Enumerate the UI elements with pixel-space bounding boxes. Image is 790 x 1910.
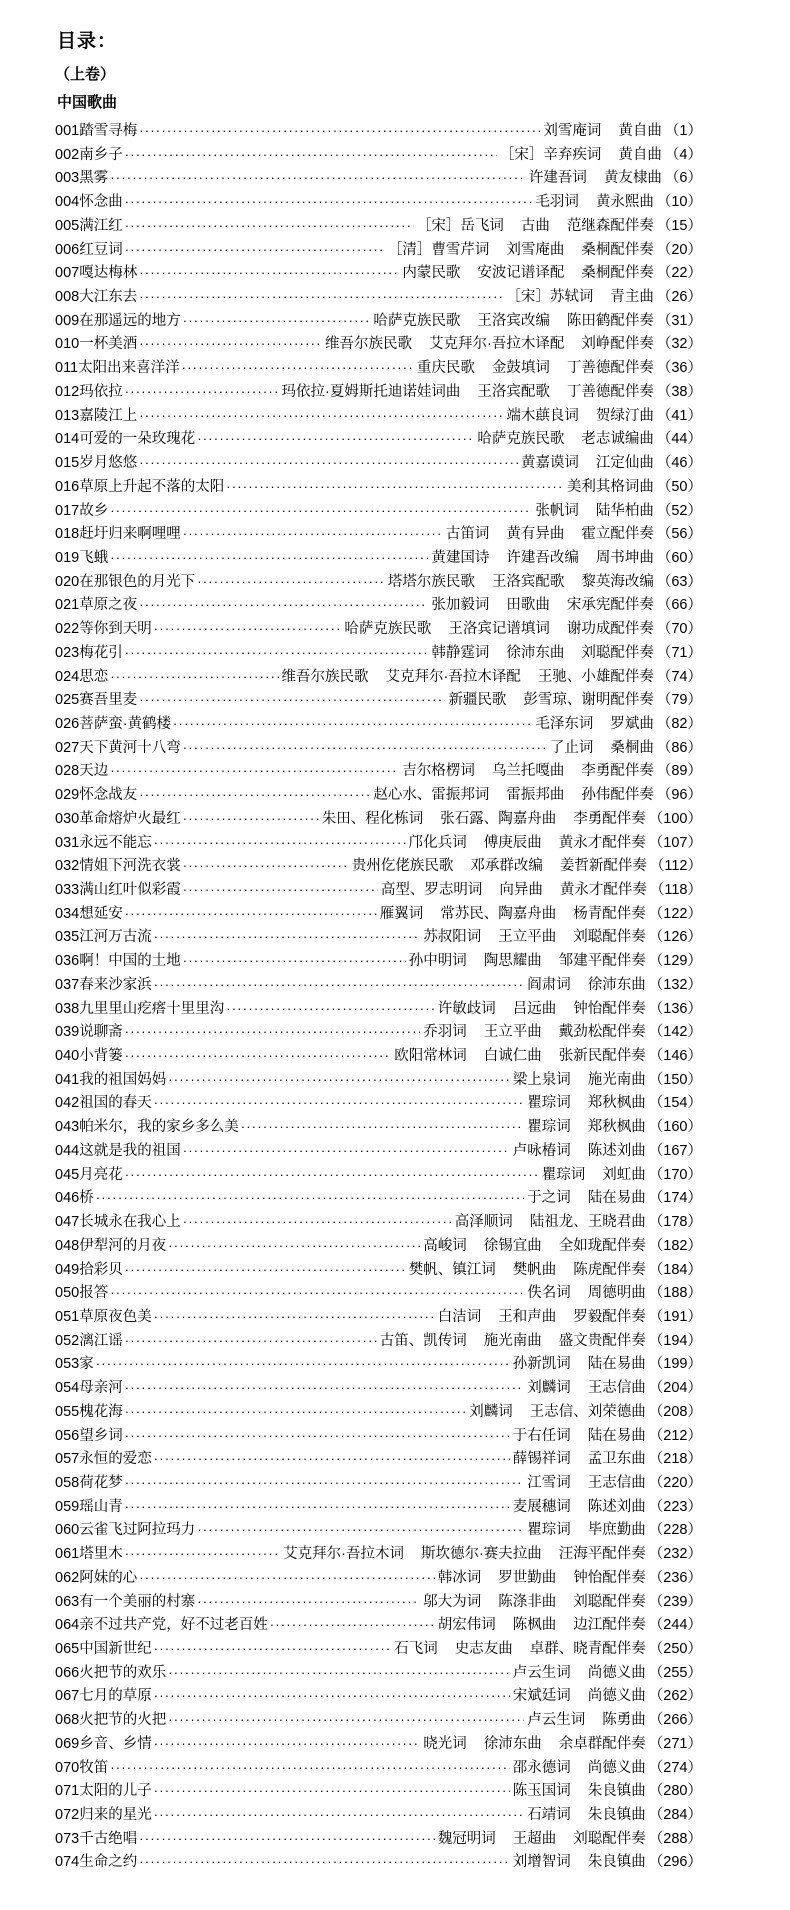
credit-text: 周书坤曲 (596, 550, 654, 566)
toc-entry-row: 032情姐下河洗衣裳 ·····························… (55, 854, 702, 878)
entry-number-title: 022等你到天明 (55, 618, 152, 642)
dot-leader: ········································… (182, 356, 414, 380)
credit-text: 于之词 (527, 1190, 571, 1206)
entry-number-title: 071太阳的儿子 (55, 1780, 152, 1804)
entry-title: 伊犁河的月夜 (79, 1238, 166, 1254)
entry-title: 革命熔炉火最红 (79, 811, 181, 827)
entry-number: 051 (55, 1309, 79, 1325)
credit-text: 孙新凯词 (513, 1356, 571, 1372)
dot-leader: ········································… (154, 831, 406, 855)
entry-credits: 张加毅词田歌曲宋承宪配伴奏 (431, 594, 654, 618)
credit-text: 乌兰托嘎曲 (492, 763, 565, 779)
entry-page: （150） (649, 1069, 702, 1093)
credit-text: 陆在易曲 (588, 1356, 646, 1372)
toc-entry-row: 040小背篓 ·································… (55, 1044, 702, 1068)
entry-page: （255） (649, 1662, 702, 1686)
dot-leader: ········································… (197, 570, 385, 594)
credit-text: 毕庶勤曲 (588, 1522, 646, 1538)
entry-title: 满山红叶似彩霞 (79, 882, 181, 898)
page-title: 目录： (57, 26, 702, 53)
entry-credits: 卢咏椿词陈述刘曲 (513, 1140, 646, 1164)
toc-entry-row: 010一杯美酒 ································… (55, 332, 702, 356)
entry-number: 011 (55, 360, 78, 376)
entry-number-title: 019飞蛾 (55, 547, 108, 571)
dot-leader: ········································… (226, 475, 564, 499)
volume-label: （上卷） (55, 63, 702, 84)
entry-number-title: 013嘉陵江上 (55, 405, 137, 429)
credit-text: 瞿琮词 (527, 1095, 571, 1111)
credit-text: 古笛词 (446, 526, 490, 542)
dot-leader: ········································… (110, 665, 278, 689)
dot-leader: ········································… (197, 427, 474, 451)
credit-text: 韩冰词 (438, 1570, 482, 1586)
entry-title: 拾彩贝 (79, 1262, 123, 1278)
toc-entry-row: 019飞蛾 ··································… (55, 546, 702, 570)
credit-text: 张加毅词 (431, 597, 489, 613)
credit-text: 丁善德配伴奏 (567, 360, 654, 376)
credit-text: 卢云生词 (527, 1712, 585, 1728)
credit-text: 桑桐配伴奏 (581, 242, 654, 258)
credit-text: 边江配伴奏 (573, 1617, 646, 1633)
entry-page: （178） (649, 1211, 702, 1235)
entry-number: 055 (55, 1404, 79, 1420)
entry-page: （212） (649, 1425, 702, 1449)
toc-entry-row: 038九里里山疙瘩十里里沟 ··························… (55, 997, 702, 1021)
credit-text: 白洁词 (438, 1309, 482, 1325)
entry-number-title: 041我的祖国妈妈 (55, 1069, 166, 1093)
entry-title: 思恋 (79, 669, 108, 685)
entry-credits: 塔塔尔族民歌王洛宾配歌黎英海改编 (388, 571, 654, 595)
entry-page: （220） (649, 1472, 702, 1496)
entry-number-title: 049拾彩贝 (55, 1259, 123, 1283)
entry-number-title: 056望乡词 (55, 1425, 123, 1449)
entry-title: 九里里山疙瘩十里里沟 (79, 1001, 224, 1017)
entry-number: 062 (55, 1570, 79, 1586)
credit-text: 维吾尔族民歌 (325, 336, 412, 352)
entry-credits: 许建吾词黄友棣曲 (529, 167, 662, 191)
entry-title: 祖国的春天 (79, 1095, 152, 1111)
entry-number-title: 046桥 (55, 1187, 94, 1211)
dot-leader: ········································… (139, 261, 399, 285)
toc-entry-row: 036啊！中国的土地 ·····························… (55, 949, 702, 973)
entry-page: （182） (649, 1235, 702, 1259)
entry-number: 066 (55, 1665, 79, 1681)
entry-credits: 瞿琮词郑秋枫曲 (527, 1092, 646, 1116)
credit-text: 刘麟词 (469, 1404, 513, 1420)
entry-number-title: 033满山红叶似彩霞 (55, 879, 181, 903)
credit-text: 孙中明词 (409, 953, 467, 969)
entry-number-title: 012玛依拉 (55, 381, 123, 405)
credit-text: 尚德义曲 (588, 1688, 646, 1704)
credit-text: 陈涤非曲 (498, 1594, 556, 1610)
dot-leader: ········································… (125, 214, 414, 238)
entry-title: 在那遥远的地方 (79, 313, 181, 329)
entry-credits: 乔羽词王立平曲戴劲松配伴奏 (423, 1021, 646, 1045)
entry-title: 啊！中国的土地 (79, 953, 181, 969)
entry-number: 012 (55, 384, 79, 400)
entry-title: 瑶山青 (79, 1499, 123, 1515)
entry-number-title: 042祖国的春天 (55, 1092, 152, 1116)
entry-page: （266） (649, 1709, 702, 1733)
credit-text: 傅庚辰曲 (484, 835, 542, 851)
entry-page: （41） (657, 405, 702, 429)
entry-page: （86） (657, 737, 702, 761)
entry-number-title: 059瑶山青 (55, 1496, 123, 1520)
entry-number: 070 (55, 1760, 79, 1776)
credit-text: 阎肃词 (527, 977, 571, 993)
toc-entry-row: 068火把节的火把 ······························… (55, 1708, 702, 1732)
credit-text: 韩静霆词 (431, 645, 489, 661)
toc-entry-row: 002南乡子 ·································… (55, 143, 702, 167)
entry-credits: 许敏歧词吕远曲钟怡配伴奏 (438, 998, 646, 1022)
entry-page: （46） (657, 452, 702, 476)
entry-credits: 石靖词朱良镇曲 (527, 1804, 646, 1828)
credit-text: 罗毅配伴奏 (573, 1309, 646, 1325)
dot-leader: ········································… (139, 1566, 435, 1590)
toc-entry-row: 073千古绝唱 ································… (55, 1827, 702, 1851)
toc-entry-row: 007嘎达梅林 ································… (55, 261, 702, 285)
dot-leader: ········································… (125, 1424, 510, 1448)
entry-page: （100） (649, 808, 702, 832)
entry-number-title: 014可爱的一朵玫瑰花 (55, 428, 195, 452)
entry-title: 红豆词 (79, 242, 123, 258)
credit-text: 吉尔格楞词 (402, 763, 475, 779)
entry-credits: 瞿琮词郑秋枫曲 (527, 1116, 646, 1140)
entry-credits: 苏叔阳词王立平曲刘聪配伴奏 (423, 926, 646, 950)
entry-number-title: 010一杯美酒 (55, 333, 137, 357)
credit-text: 许建吾词 (529, 170, 587, 186)
entry-credits: 维吾尔族民歌艾克拜尔·吾拉木译配刘峥配伴奏 (325, 333, 654, 357)
toc-entry-row: 011太阳出来喜洋洋 ·····························… (55, 356, 702, 380)
credit-text: 陈述刘曲 (588, 1499, 646, 1515)
entry-title: 想延安 (79, 906, 123, 922)
credit-text: 黄自曲 (618, 123, 662, 139)
entry-number: 052 (55, 1333, 79, 1349)
entry-credits: 毛羽词黄永熙曲 (535, 191, 654, 215)
entry-number: 036 (55, 953, 79, 969)
entry-page: （70） (657, 618, 702, 642)
entry-title: 大江东去 (79, 289, 137, 305)
dot-leader: ········································… (183, 949, 406, 973)
entry-credits: 端木蕻良词贺绿汀曲 (506, 405, 654, 429)
entry-credits: 古笛词黄有异曲霍立配伴奏 (446, 523, 654, 547)
entry-number: 034 (55, 906, 79, 922)
credit-text: 梁上泉词 (513, 1072, 571, 1088)
entry-number-title: 021草原之夜 (55, 594, 137, 618)
entry-title: 可爱的一朵玫瑰花 (79, 431, 195, 447)
credit-text: 丁善德配伴奏 (567, 384, 654, 400)
entry-title: 情姐下河洗衣裳 (79, 858, 181, 874)
entry-credits: 刘雪庵词黄自曲 (543, 120, 662, 144)
entry-credits: 卢云生词陈勇曲 (527, 1709, 646, 1733)
entry-page: （236） (649, 1567, 702, 1591)
entry-number-title: 073千古绝唱 (55, 1828, 137, 1852)
entry-title: 永远不能忘 (79, 835, 152, 851)
credit-text: 雷振邦曲 (506, 787, 564, 803)
credit-text: 金鼓填词 (492, 360, 550, 376)
credit-text: 赵心水、雷振邦词 (373, 787, 489, 803)
entry-title: 太阳出来喜洋洋 (78, 360, 180, 376)
dot-leader: ········································… (125, 143, 497, 167)
toc-entry-row: 012玛依拉 ·································… (55, 380, 702, 404)
entry-title: 七月的草原 (79, 1688, 152, 1704)
credit-text: 徐沛东曲 (506, 645, 564, 661)
entry-page: （38） (657, 381, 702, 405)
entry-title: 满江红 (79, 218, 123, 234)
entry-number: 035 (55, 929, 79, 945)
dot-leader: ········································… (183, 522, 443, 546)
toc-entry-row: 004怀念曲 ·································… (55, 190, 702, 214)
credit-text: 陈玉国词 (513, 1783, 571, 1799)
entry-number-title: 064亲不过共产党，好不过老百姓 (55, 1614, 268, 1638)
toc-entry-row: 001踏雪寻梅 ································… (55, 119, 702, 143)
credit-text: 石靖词 (527, 1807, 571, 1823)
credit-text: 新疆民歌 (448, 692, 506, 708)
dot-leader: ········································… (183, 807, 319, 831)
toc-entry-row: 066火把节的欢乐 ······························… (55, 1661, 702, 1685)
entry-number: 028 (55, 763, 79, 779)
credit-text: 邬大为词 (423, 1594, 481, 1610)
entry-credits: 麦展穗词陈述刘曲 (513, 1496, 646, 1520)
entry-number-title: 015岁月悠悠 (55, 452, 137, 476)
credit-text: 朱良镇曲 (588, 1854, 646, 1870)
entry-number: 040 (55, 1048, 79, 1064)
entry-number-title: 020在那银色的月光下 (55, 571, 195, 595)
entry-credits: 雁翼词常苏民、陶嘉舟曲杨青配伴奏 (380, 903, 646, 927)
dot-leader: ········································… (154, 1637, 392, 1661)
entry-page: （107） (649, 832, 702, 856)
credit-text: 刘雪庵曲 (506, 242, 564, 258)
entry-number-title: 031永远不能忘 (55, 832, 152, 856)
credit-text: 哈萨克族民歌 (344, 621, 431, 637)
entry-number: 023 (55, 645, 79, 661)
entry-credits: 白洁词王和声曲罗毅配伴奏 (438, 1306, 646, 1330)
credit-text: 周德明曲 (588, 1285, 646, 1301)
credit-text: 朱田、程化栋词 (322, 811, 424, 827)
entry-number-title: 024思恋 (55, 666, 108, 690)
entry-page: （204） (649, 1377, 702, 1401)
toc-entry-row: 067七月的草原 ·······························… (55, 1684, 702, 1708)
credit-text: 古笛、凯传词 (380, 1333, 467, 1349)
entry-number-title: 001踏雪寻梅 (55, 120, 137, 144)
toc-entry-row: 063有一个美丽的村寨 ····························… (55, 1590, 702, 1614)
entry-number-title: 030革命熔炉火最红 (55, 808, 181, 832)
entry-credits: ［宋］岳飞词古曲范继森配伴奏 (417, 215, 654, 239)
toc-entry-row: 016草原上升起不落的太阳 ··························… (55, 475, 702, 499)
entry-credits: 瞿琮词毕庶勤曲 (527, 1519, 646, 1543)
entry-number: 067 (55, 1688, 79, 1704)
entry-page: （126） (649, 926, 702, 950)
entry-number-title: 039说聊斋 (55, 1021, 123, 1045)
credit-text: 陈田鹤配伴奏 (567, 313, 654, 329)
credit-text: 朱良镇曲 (588, 1807, 646, 1823)
toc-entry-row: 046桥 ···································… (55, 1186, 702, 1210)
entry-credits: 哈萨克族民歌老志诚编曲 (477, 428, 654, 452)
entry-title: 桥 (79, 1190, 94, 1206)
entry-title: 归来的星光 (79, 1807, 152, 1823)
entry-credits: 晓光词徐沛东曲余卓群配伴奏 (423, 1733, 646, 1757)
dot-leader: ········································… (110, 546, 428, 570)
entry-number-title: 032情姐下河洗衣裳 (55, 855, 181, 879)
credit-text: 黄建国诗 (431, 550, 489, 566)
toc-page: 目录： （上卷） 中国歌曲 001踏雪寻梅 ··················… (0, 0, 790, 1910)
entry-credits: 刘增智词朱良镇曲 (513, 1851, 646, 1875)
entry-title: 云雀飞过阿拉玛力 (79, 1522, 195, 1538)
credit-text: 王志信曲 (588, 1380, 646, 1396)
dot-leader: ········································… (183, 1139, 510, 1163)
entry-credits: 于之词陆在易曲 (527, 1187, 646, 1211)
entry-page: （31） (657, 310, 702, 334)
credit-text: 孙伟配伴奏 (581, 787, 654, 803)
toc-entry-row: 048伊犁河的月夜 ······························… (55, 1234, 702, 1258)
entry-page: （71） (657, 642, 702, 666)
dot-leader: ········································… (96, 1352, 510, 1376)
entry-page: （218） (649, 1448, 702, 1472)
entry-number-title: 061塔里木 (55, 1543, 123, 1567)
credit-text: 贵州仡佬族民歌 (352, 858, 454, 874)
toc-entry-row: 042祖国的春天 ·······························… (55, 1091, 702, 1115)
dot-leader: ········································… (110, 499, 532, 523)
entry-number-title: 062阿妹的心 (55, 1567, 137, 1591)
dot-leader: ········································… (139, 1850, 510, 1874)
credit-text: 郑秋枫曲 (588, 1095, 646, 1111)
toc-entry-row: 009在那遥远的地方 ·····························… (55, 309, 702, 333)
entry-title: 等你到天明 (79, 621, 152, 637)
toc-entry-row: 061塔里木 ·································… (55, 1542, 702, 1566)
credit-text: 王和声曲 (498, 1309, 556, 1325)
entry-number-title: 055槐花海 (55, 1401, 123, 1425)
entry-number: 038 (55, 1001, 79, 1017)
dot-leader: ········································… (154, 1803, 525, 1827)
entry-title: 亲不过共产党，好不过老百姓 (79, 1617, 268, 1633)
dot-leader: ········································… (183, 1210, 452, 1234)
entry-number: 009 (55, 313, 79, 329)
dot-leader: ········································… (139, 285, 503, 309)
entry-number-title: 016草原上升起不落的太阳 (55, 476, 224, 500)
entry-page: （50） (657, 476, 702, 500)
credit-text: 陆华柏曲 (596, 503, 654, 519)
entry-number: 046 (55, 1190, 79, 1206)
entry-page: （167） (649, 1140, 702, 1164)
entry-number: 020 (55, 574, 79, 590)
entry-credits: 胡宏伟词陈枫曲边江配伴奏 (438, 1614, 646, 1638)
credit-text: 瞿琮词 (527, 1119, 571, 1135)
entry-number-title: 006红豆词 (55, 239, 123, 263)
entry-title: 这就是我的祖国 (79, 1143, 181, 1159)
credit-text: 石飞词 (394, 1641, 438, 1657)
entry-number-title: 054母亲河 (55, 1377, 123, 1401)
toc-entry-row: 054母亲河 ·································… (55, 1376, 702, 1400)
credit-text: 玛依拉·夏姆斯托迪诺娃词曲 (282, 384, 461, 400)
entry-number: 029 (55, 787, 79, 803)
entry-title: 小背篓 (79, 1048, 123, 1064)
credit-text: 青主曲 (610, 289, 654, 305)
credit-text: 施光南曲 (588, 1072, 646, 1088)
entry-number: 064 (55, 1617, 79, 1633)
entry-credits: 刘麟词王志信、刘荣德曲 (469, 1401, 646, 1425)
dot-leader: ········································… (197, 1590, 420, 1614)
entry-number: 021 (55, 597, 79, 613)
credit-text: 张帆词 (535, 503, 579, 519)
entry-credits: 贵州仡佬族民歌邓承群改编姜哲新配伴奏 (352, 855, 647, 879)
dot-leader: ········································… (183, 309, 371, 333)
entry-number: 065 (55, 1641, 79, 1657)
entry-number: 016 (55, 479, 79, 495)
credit-text: 杨青配伴奏 (573, 906, 646, 922)
dot-leader: ········································… (154, 1732, 421, 1756)
entry-page: （232） (649, 1543, 702, 1567)
entry-number: 061 (55, 1546, 79, 1562)
entry-page: （160） (649, 1116, 702, 1140)
credit-text: 贺绿汀曲 (596, 408, 654, 424)
toc-entry-row: 070牧笛 ··································… (55, 1756, 702, 1780)
toc-entry-row: 065中国新世纪 ·······························… (55, 1637, 702, 1661)
credit-text: 姜哲新配伴奏 (560, 858, 647, 874)
credit-text: 常苏民、陶嘉舟曲 (440, 906, 556, 922)
toc-entry-row: 008大江东去 ································… (55, 285, 702, 309)
dot-leader: ········································… (154, 1305, 435, 1329)
credit-text: 刘雪庵词 (543, 123, 601, 139)
entry-credits: 韩静霆词徐沛东曲刘聪配伴奏 (431, 642, 654, 666)
entry-number-title: 026菩萨蛮·黄鹤楼 (55, 713, 171, 737)
credit-text: 毛羽词 (535, 194, 579, 210)
credit-text: 谢功成配伴奏 (567, 621, 654, 637)
credit-text: 徐锡宜曲 (484, 1238, 542, 1254)
entry-title: 有一个美丽的村寨 (79, 1594, 195, 1610)
toc-entry-row: 072归来的星光 ·······························… (55, 1803, 702, 1827)
dot-leader: ········································… (125, 1163, 539, 1187)
credit-text: 樊帆曲 (513, 1262, 557, 1278)
entry-title: 牧笛 (79, 1760, 108, 1776)
dot-leader: ········································… (125, 238, 385, 262)
entry-credits: 玛依拉·夏姆斯托迪诺娃词曲王洛宾配歌丁善德配伴奏 (282, 381, 654, 405)
entry-number: 003 (55, 170, 79, 186)
entry-credits: 古笛、凯传词施光南曲盛文贵配伴奏 (380, 1330, 646, 1354)
toc-entry-row: 037春来沙家浜 ·······························… (55, 973, 702, 997)
entry-number: 042 (55, 1095, 79, 1111)
entry-credits: 艾克拜尔·吾拉木词斯坎德尔·赛夫拉曲汪海平配伴奏 (283, 1543, 646, 1567)
credit-text: 王立平曲 (484, 1024, 542, 1040)
credit-text: 邝化兵词 (409, 835, 467, 851)
toc-entry-row: 030革命熔炉火最红 ·····························… (55, 807, 702, 831)
entry-number: 072 (55, 1807, 79, 1823)
dot-leader: ········································… (125, 1258, 406, 1282)
entry-page: （122） (649, 903, 702, 927)
credit-text: 江定仙曲 (596, 455, 654, 471)
entry-number-title: 044这就是我的祖国 (55, 1140, 181, 1164)
entry-credits: 高峻词徐锡宜曲全如珑配伴奏 (423, 1235, 646, 1259)
credit-text: 王驰、小雄配伴奏 (538, 669, 654, 685)
entry-number-title: 018赶圩归来啊哩哩 (55, 523, 181, 547)
entry-title: 故乡 (79, 503, 108, 519)
dot-leader: ········································… (125, 1329, 377, 1353)
dot-leader: ········································… (173, 712, 532, 736)
entry-number-title: 057永恒的爱恋 (55, 1448, 152, 1472)
credit-text: 王超曲 (513, 1831, 557, 1847)
dot-leader: ········································… (125, 641, 429, 665)
toc-entry-row: 041我的祖国妈妈 ······························… (55, 1068, 702, 1092)
entry-page: （239） (649, 1591, 702, 1615)
entry-page: （10） (657, 191, 702, 215)
credit-text: 刘麟词 (527, 1380, 571, 1396)
credit-text: 黄永才配伴奏 (560, 882, 647, 898)
credit-text: 向异曲 (499, 882, 543, 898)
entry-title: 天下黄河十八弯 (79, 740, 181, 756)
credit-text: 瞿琮词 (527, 1522, 571, 1538)
credit-text: 高峻词 (423, 1238, 467, 1254)
dot-leader: ········································… (197, 1518, 524, 1542)
credit-text: 瞿琮词 (542, 1167, 586, 1183)
